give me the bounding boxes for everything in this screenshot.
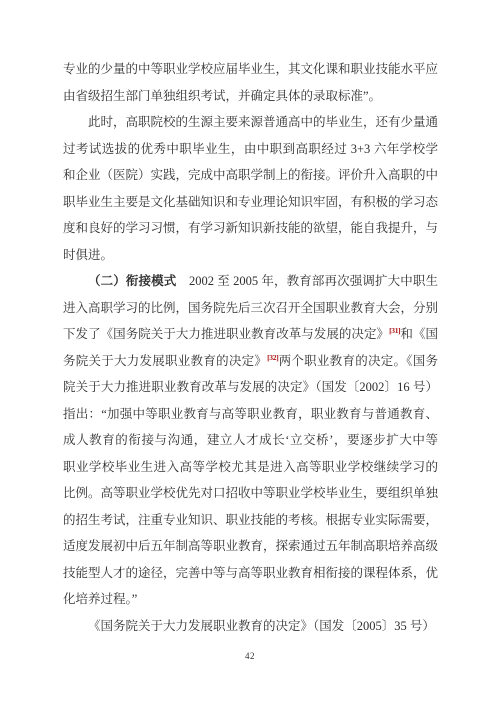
text-line: 职毕业生主要是文化基础知识和专业理论知识牢固，有积极的学习态 (63, 189, 438, 216)
body-text-run: 《国务院关于大力发展职业教育的决定》（国发〔2005〕35 号） (88, 619, 435, 633)
text-line: 《国务院关于大力发展职业教育的决定》（国发〔2005〕35 号） (63, 613, 438, 640)
text-line: 由省级招生部门单独组织考试，并确定具体的录取标准”。 (63, 83, 438, 110)
body-text-run: 适度发展初中后五年制高等职业教育，探索通过五年制高职培养高级 (63, 539, 438, 553)
text-line: 化培养过程。” (63, 586, 438, 613)
page-number: 42 (0, 651, 500, 661)
text-line: 此时，高职院校的生源主要来源普通高中的毕业生，还有少量通 (63, 109, 438, 136)
body-text-run: 此时，高职院校的生源主要来源普通高中的毕业生，还有少量通 (88, 115, 438, 129)
body-text-run: 由省级招生部门单独组织考试，并确定具体的录取标准”。 (63, 89, 381, 103)
body-text-run: 专业的少量的中等职业学校应届毕业生，其文化课和职业技能水平应 (63, 62, 438, 76)
text-line: 时俱进。 (63, 242, 438, 269)
text-line: 专业的少量的中等职业学校应届毕业生，其文化课和职业技能水平应 (63, 56, 438, 83)
text-line: 适度发展初中后五年制高等职业教育，探索通过五年制高职培养高级 (63, 533, 438, 560)
text-line: 技能型人才的途径，完善中等与高等职业教育相衔接的课程体系，优 (63, 560, 438, 587)
text-line: 进入高职学习的比例，国务院先后三次召开全国职业教育大会，分别 (63, 295, 438, 322)
citation-ref: [31] (389, 326, 400, 335)
body-text-run: 和《国 (400, 327, 438, 341)
text-line: 度和良好的学习习惯，有学习新知识新技能的欲望，能自我提升，与 (63, 215, 438, 242)
body-text-run: 比例。高等职业学校优先对口招收中等职业学校毕业生，要组织单独 (63, 486, 438, 500)
body-text-run: 和企业（医院）实践，完成中高职学制上的衔接。评价升入高职的中 (63, 168, 438, 182)
document-page: 专业的少量的中等职业学校应届毕业生，其文化课和职业技能水平应由省级招生部门单独组… (0, 0, 500, 707)
text-line: 务院关于大力发展职业教育的决定》[32]两个职业教育的决定。《国务 (63, 348, 438, 375)
body-text-run: 进入高职学习的比例，国务院先后三次召开全国职业教育大会，分别 (63, 301, 438, 315)
body-text-run: 技能型人才的途径，完善中等与高等职业教育相衔接的课程体系，优 (63, 566, 438, 580)
document-body: 专业的少量的中等职业学校应届毕业生，其文化课和职业技能水平应由省级招生部门单独组… (63, 56, 438, 639)
body-text-run: 2002 至 2005 年，教育部再次强调扩大中职生 (176, 274, 438, 288)
body-text-run: 化培养过程。” (63, 592, 137, 606)
body-text-run: 指出：“加强中等职业教育与高等职业教育，职业教育与普通教育、 (63, 407, 438, 421)
body-text-run: 职毕业生主要是文化基础知识和专业理论知识牢固，有积极的学习态 (63, 195, 438, 209)
section-heading-text: （二）衔接模式 (88, 274, 176, 288)
body-text-run: 下发了《国务院关于大力推进职业教育改革与发展的决定》 (63, 327, 389, 341)
body-text-run: 度和良好的学习习惯，有学习新知识新技能的欲望，能自我提升，与 (63, 221, 438, 235)
text-line: 和企业（医院）实践，完成中高职学制上的衔接。评价升入高职的中 (63, 162, 438, 189)
body-text-run: 院关于大力推进职业教育改革与发展的决定》（国发〔2002〕16 号） (63, 380, 438, 394)
body-text-run: 职业学校毕业生进入高等学校尤其是进入高等职业学校继续学习的 (63, 460, 438, 474)
text-line: 下发了《国务院关于大力推进职业教育改革与发展的决定》[31]和《国 (63, 321, 438, 348)
text-line: 职业学校毕业生进入高等学校尤其是进入高等职业学校继续学习的 (63, 454, 438, 481)
body-text-run: 过考试选拔的优秀中职毕业生，由中职到高职经过 3+3 六年学校学习 (63, 142, 438, 163)
body-text-run: 务院关于大力发展职业教育的决定》 (63, 354, 267, 368)
text-line: 成人教育的衔接与沟通，建立人才成长‘立交桥’，要逐步扩大中等 (63, 427, 438, 454)
text-line: （二）衔接模式 2002 至 2005 年，教育部再次强调扩大中职生 (63, 268, 438, 295)
text-line: 比例。高等职业学校优先对口招收中等职业学校毕业生，要组织单独 (63, 480, 438, 507)
body-text-run: 两个职业教育的决定。《国务 (278, 354, 438, 368)
text-line: 院关于大力推进职业教育改革与发展的决定》（国发〔2002〕16 号） (63, 374, 438, 401)
body-text-run: 的招生考试，注重专业知识、职业技能的考核。根据专业实际需要， (63, 513, 438, 527)
body-text-run: 成人教育的衔接与沟通，建立人才成长‘立交桥’，要逐步扩大中等 (63, 433, 438, 447)
citation-ref: [32] (267, 352, 278, 361)
text-line: 的招生考试，注重专业知识、职业技能的考核。根据专业实际需要， (63, 507, 438, 534)
text-line: 指出：“加强中等职业教育与高等职业教育，职业教育与普通教育、 (63, 401, 438, 428)
text-line: 过考试选拔的优秀中职毕业生，由中职到高职经过 3+3 六年学校学习 (63, 136, 438, 163)
body-text-run: 时俱进。 (63, 248, 113, 262)
